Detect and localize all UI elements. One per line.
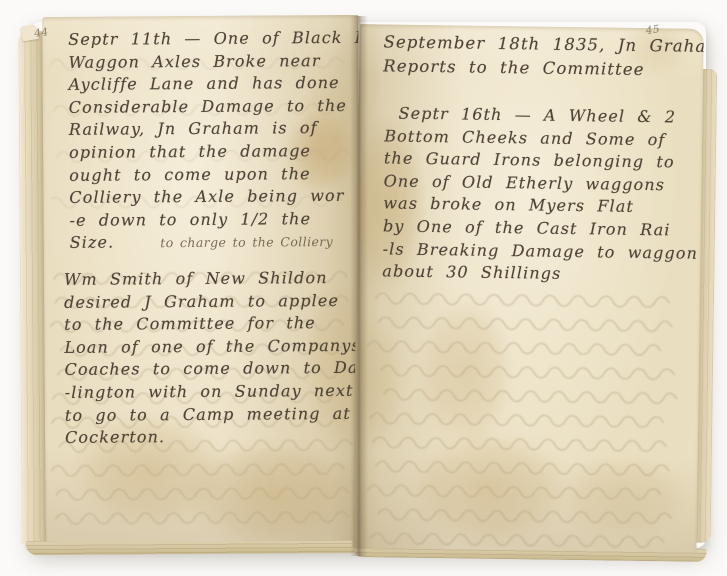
manuscript-line: Size.to charge to the Colliery: [70, 230, 362, 256]
manuscript-book: Septr 11th — One of Black BoyWaggon Axle…: [20, 12, 720, 564]
manuscript-line: Colliery the Axle being wor: [69, 185, 361, 210]
manuscript-line: Reports to the Committee: [383, 54, 704, 83]
manuscript-line: -lington with on Sunday next: [65, 380, 362, 405]
right-page: September 18th 1835, Jn GrahamReports to…: [353, 24, 704, 553]
manuscript-line: desired J Graham to applee: [64, 289, 362, 314]
left-page-group: Septr 11th — One of Black BoyWaggon Axle…: [18, 15, 362, 561]
manuscript-line: Aycliffe Lane and has done: [69, 72, 362, 97]
manuscript-line: Cockerton.: [65, 425, 362, 450]
manuscript-line: Loan of one of the Companys: [64, 335, 361, 360]
manuscript-line: Railway, Jn Graham is of: [69, 117, 362, 142]
page-number: 45: [645, 23, 661, 37]
manuscript-line: about 30 Shillings: [382, 261, 698, 288]
right-page-group: September 18th 1835, Jn GrahamReports to…: [350, 12, 720, 567]
manuscript-line: Septr 11th — One of Black Boy: [68, 27, 362, 52]
marginal-note: to charge to the Colliery: [160, 234, 333, 250]
manuscript-line: opinion that the damage: [69, 140, 362, 165]
book-gutter: [350, 16, 368, 556]
manuscript-line: Coaches to come down to Dar: [64, 357, 361, 382]
manuscript-line: Waggon Axles Broke near: [68, 49, 361, 74]
manuscript-line: to go to a Camp meeting at: [65, 402, 362, 427]
manuscript-line: -e down to only 1/2 the: [69, 207, 361, 232]
photo-background: Septr 11th — One of Black BoyWaggon Axle…: [0, 0, 727, 576]
paper-stain: [411, 431, 569, 545]
entry-wm-smith: Wm Smith of New Shildondesired J Graham …: [64, 267, 362, 450]
manuscript-line: Wm Smith of New Shildon: [64, 267, 362, 292]
manuscript-line: to the Committee for the: [64, 312, 362, 337]
page-number: 44: [33, 26, 49, 40]
entry-sept-16: Septr 16th — A Wheel & 2Bottom Cheeks an…: [382, 102, 700, 287]
paper-stain: [561, 455, 686, 539]
paper-stain: [183, 441, 358, 543]
entry-sept-11: Septr 11th — One of Black BoyWaggon Axle…: [68, 27, 362, 256]
manuscript-line: ought to come upon the: [69, 162, 362, 187]
manuscript-word: Size.: [70, 233, 115, 252]
manuscript-line: Considerable Damage to the: [69, 94, 362, 119]
left-page: Septr 11th — One of Black BoyWaggon Axle…: [42, 15, 362, 543]
heading-sept-18: September 18th 1835, Jn GrahamReports to…: [383, 30, 704, 83]
